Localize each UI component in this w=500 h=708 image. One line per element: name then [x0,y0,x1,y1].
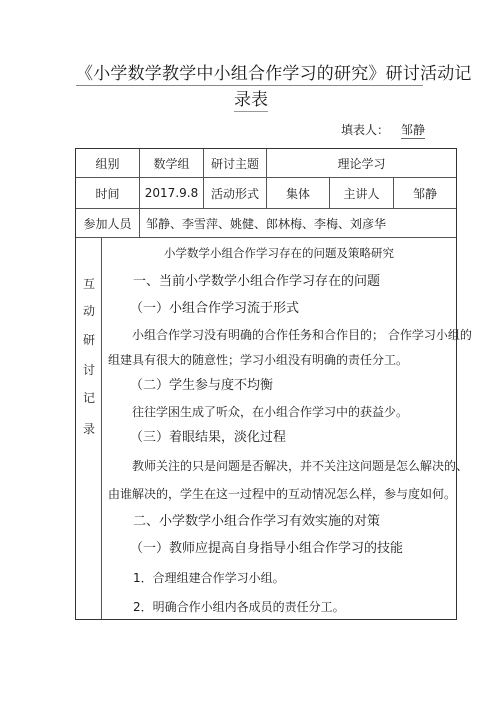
filler-label: 填表人： [341,122,389,138]
group-value: 数学组 [140,149,203,177]
topic-label: 研讨主题 [204,149,266,177]
record-side-label-char: 录 [76,422,102,436]
record-line: （一）小组合作学习流于形式 [130,301,299,317]
topic-value: 理论学习 [267,149,456,177]
record-line: 往往学困生成了听众，在小组合作学习中的获益少。 [132,404,408,420]
time-value: 2017.9.8 [140,178,203,208]
row-divider [76,237,456,238]
speaker-value: 邹静 [394,178,456,208]
document-title-line1: 《小学数学教学中小组合作学习的研究》研讨活动记 [76,64,423,86]
group-label: 组别 [76,149,139,177]
record-side-label-char: 研 [76,333,102,347]
record-line: 2．明确合作小组内各成员的责任分工。 [133,599,345,615]
filler-name: 邹静 [401,122,425,139]
record-line: 小组合作学习没有明确的合作任务和合作目的； 合作学习小组的 [132,327,472,343]
participants-label: 参加人员 [76,209,139,237]
record-heading: 小学数学小组合作学习存在的问题及策略研究 [102,245,456,261]
time-label: 时间 [76,178,139,208]
form-value: 集体 [267,178,329,208]
record-line: 教师关注的只是问题是否解决，并不关注这问题是怎么解决的、 [132,458,468,474]
record-side-label-char: 记 [76,391,102,405]
activity-record-table: 组别 数学组 研讨主题 理论学习 时间 2017.9.8 活动形式 集体 主讲人… [75,148,457,620]
participants-value: 邹静、李雪萍、姚健、郎林梅、李梅、刘彦华 [146,209,386,237]
record-line: （二）学生参与度不均衡 [130,378,273,394]
document-title-line2: 录表 [234,90,268,112]
record-line: 1．合理组建合作学习小组。 [133,570,285,586]
record-line: 由谁解决的，学生在这一过程中的互动情况怎么样，参与度如何。 [108,486,456,502]
record-line: （一）教师应提高自身指导小组合作学习的技能 [130,541,403,557]
record-line: 组建具有很大的随意性；学习小组没有明确的责任分工。 [108,352,408,368]
record-side-label-char: 讨 [76,363,102,377]
record-side-label-char: 动 [76,304,102,318]
record-side-label-char: 互 [76,277,102,291]
record-line: （三）着眼结果，淡化过程 [130,430,286,446]
form-label: 活动形式 [204,178,266,208]
speaker-label: 主讲人 [330,178,393,208]
record-line: 一、当前小学数学小组合作学习存在的问题 [133,274,380,290]
record-line: 二、小学数学小组合作学习有效实施的对策 [133,514,380,530]
